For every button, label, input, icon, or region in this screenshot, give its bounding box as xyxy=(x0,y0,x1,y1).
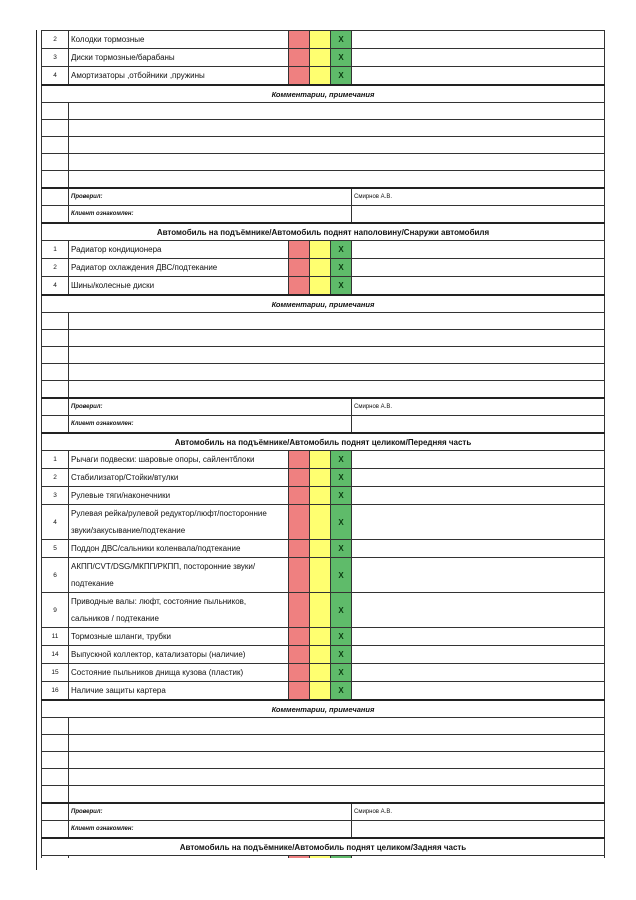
status-green-cell[interactable]: X xyxy=(331,646,352,664)
client-ack-row: Клиент ознакомлен: xyxy=(42,416,605,434)
item-note-cell[interactable] xyxy=(352,593,605,628)
item-note-cell[interactable] xyxy=(352,664,605,682)
status-green-cell[interactable]: X xyxy=(331,505,352,540)
comment-input[interactable] xyxy=(69,786,605,804)
section-title: Автомобиль на подъёмнике/Автомобиль подн… xyxy=(42,838,605,856)
status-green-cell[interactable]: X xyxy=(331,259,352,277)
client-ack-signature[interactable] xyxy=(352,206,605,224)
comment-input[interactable] xyxy=(69,769,605,786)
comment-number-cell xyxy=(42,786,69,804)
checklist-row: 4Амортизаторы ,отбойники ,пружиныX xyxy=(42,67,605,86)
status-green-cell[interactable]: X xyxy=(331,49,352,67)
comment-number-cell xyxy=(42,364,69,381)
status-green-cell[interactable]: X xyxy=(331,469,352,487)
checklist-row: 9Приводные валы: люфт, состояние пыльник… xyxy=(42,593,605,628)
checklist-row: 11Тормозные шланги, трубкиX xyxy=(42,628,605,646)
comment-line xyxy=(42,735,605,752)
comments-title: Комментарии, примечания xyxy=(42,295,605,313)
status-red-cell[interactable] xyxy=(289,49,310,67)
blank-cell xyxy=(42,416,69,434)
comment-line xyxy=(42,137,605,154)
status-red-cell[interactable] xyxy=(289,558,310,593)
item-note-cell[interactable] xyxy=(352,646,605,664)
status-red-cell[interactable] xyxy=(289,540,310,558)
item-number: 4 xyxy=(42,67,69,86)
comment-number-cell xyxy=(42,347,69,364)
comments-header-row: Комментарии, примечания xyxy=(42,85,605,103)
item-note-cell[interactable] xyxy=(352,49,605,67)
status-yellow-cell[interactable] xyxy=(310,540,331,558)
comment-number-cell xyxy=(42,381,69,399)
comment-line xyxy=(42,120,605,137)
comment-number-cell xyxy=(42,735,69,752)
status-yellow-cell[interactable] xyxy=(310,241,331,259)
item-note-cell[interactable] xyxy=(352,682,605,701)
item-number: 14 xyxy=(42,646,69,664)
comments-header-row: Комментарии, примечания xyxy=(42,295,605,313)
status-red-cell[interactable] xyxy=(289,469,310,487)
status-green-cell[interactable]: X xyxy=(331,487,352,505)
comment-number-cell xyxy=(42,103,69,120)
status-green-cell[interactable]: X xyxy=(331,540,352,558)
partial-cell xyxy=(352,856,605,859)
item-note-cell[interactable] xyxy=(352,259,605,277)
checklist-row: 2Колодки тормозныеX xyxy=(42,31,605,49)
item-number: 1 xyxy=(42,451,69,469)
status-red-cell[interactable] xyxy=(289,505,310,540)
checklist-row: 5Поддон ДВС/сальники коленвала/подтекани… xyxy=(42,540,605,558)
comment-line xyxy=(42,103,605,120)
status-green-cell[interactable]: X xyxy=(331,558,352,593)
comment-line xyxy=(42,769,605,786)
item-name: Тормозные шланги, трубки xyxy=(69,628,289,646)
checklist-row: 2Радиатор охлаждения ДВС/подтеканиеX xyxy=(42,259,605,277)
comment-number-cell xyxy=(42,171,69,189)
item-name: Рычаги подвески: шаровые опоры, сайлентб… xyxy=(69,451,289,469)
blank-cell xyxy=(42,398,69,416)
status-yellow-cell[interactable] xyxy=(310,682,331,701)
comments-title: Комментарии, примечания xyxy=(42,700,605,718)
status-yellow-cell[interactable] xyxy=(310,646,331,664)
status-red-cell[interactable] xyxy=(289,451,310,469)
status-yellow-cell[interactable] xyxy=(310,664,331,682)
status-yellow-cell[interactable] xyxy=(310,451,331,469)
comment-number-cell xyxy=(42,752,69,769)
checked-by-value[interactable]: Смирнов А.В. xyxy=(352,803,605,821)
checklist-row: 1Рычаги подвески: шаровые опоры, сайлент… xyxy=(42,451,605,469)
status-green-cell[interactable]: X xyxy=(331,664,352,682)
comment-input[interactable] xyxy=(69,347,605,364)
comment-line xyxy=(42,381,605,399)
checklist-row: 16Наличие защиты картераX xyxy=(42,682,605,701)
comment-input[interactable] xyxy=(69,313,605,330)
checklist-row: 4Рулевая рейка/рулевой редуктор/люфт/пос… xyxy=(42,505,605,540)
item-name: Выпускной коллектор, катализаторы (налич… xyxy=(69,646,289,664)
status-yellow-cell[interactable] xyxy=(310,593,331,628)
item-note-cell[interactable] xyxy=(352,469,605,487)
checklist-row: 14Выпускной коллектор, катализаторы (нал… xyxy=(42,646,605,664)
comment-number-cell xyxy=(42,120,69,137)
item-note-cell[interactable] xyxy=(352,31,605,49)
comment-input[interactable] xyxy=(69,752,605,769)
partial-cell xyxy=(289,856,310,859)
status-red-cell[interactable] xyxy=(289,259,310,277)
status-yellow-cell[interactable] xyxy=(310,67,331,86)
status-red-cell[interactable] xyxy=(289,241,310,259)
item-name: Радиатор охлаждения ДВС/подтекание xyxy=(69,259,289,277)
status-yellow-cell[interactable] xyxy=(310,558,331,593)
status-yellow-cell[interactable] xyxy=(310,277,331,296)
status-green-cell[interactable]: X xyxy=(331,241,352,259)
checklist-row-partial xyxy=(42,856,605,859)
comments-header-row: Комментарии, примечания xyxy=(42,700,605,718)
checked-by-label: Проверил: xyxy=(69,398,352,416)
checklist-row: 15Состояние пыльников днища кузова (плас… xyxy=(42,664,605,682)
status-green-cell[interactable]: X xyxy=(331,67,352,86)
comment-line xyxy=(42,330,605,347)
checked-by-row: Проверил:Смирнов А.В. xyxy=(42,803,605,821)
status-yellow-cell[interactable] xyxy=(310,487,331,505)
item-name: Радиатор кондиционера xyxy=(69,241,289,259)
section-title: Автомобиль на подъёмнике/Автомобиль подн… xyxy=(42,433,605,451)
comment-line xyxy=(42,752,605,769)
checklist-row: 3Диски тормозные/барабаныX xyxy=(42,49,605,67)
checked-by-label: Проверил: xyxy=(69,803,352,821)
status-yellow-cell[interactable] xyxy=(310,505,331,540)
item-number: 3 xyxy=(42,487,69,505)
status-yellow-cell[interactable] xyxy=(310,469,331,487)
item-name: Наличие защиты картера xyxy=(69,682,289,701)
item-number: 2 xyxy=(42,31,69,49)
status-green-cell[interactable]: X xyxy=(331,682,352,701)
item-number: 15 xyxy=(42,664,69,682)
comment-input[interactable] xyxy=(69,330,605,347)
item-note-cell[interactable] xyxy=(352,241,605,259)
item-name: Амортизаторы ,отбойники ,пружины xyxy=(69,67,289,86)
item-note-cell[interactable] xyxy=(352,558,605,593)
item-name: Рулевая рейка/рулевой редуктор/люфт/пост… xyxy=(69,505,289,540)
comment-line xyxy=(42,313,605,330)
item-number: 11 xyxy=(42,628,69,646)
blank-cell xyxy=(42,803,69,821)
comment-line xyxy=(42,154,605,171)
item-note-cell[interactable] xyxy=(352,487,605,505)
comment-input[interactable] xyxy=(69,120,605,137)
partial-cell xyxy=(42,856,69,859)
comments-title: Комментарии, примечания xyxy=(42,85,605,103)
item-number: 4 xyxy=(42,505,69,540)
section-header-row: Автомобиль на подъёмнике/Автомобиль подн… xyxy=(42,838,605,856)
status-red-cell[interactable] xyxy=(289,31,310,49)
checklist-row: 3Рулевые тяги/наконечникиX xyxy=(42,487,605,505)
checklist-row: 2Стабилизатор/Стойки/втулкиX xyxy=(42,469,605,487)
comment-line xyxy=(42,718,605,735)
comment-input[interactable] xyxy=(69,381,605,399)
comment-input[interactable] xyxy=(69,171,605,189)
client-ack-signature[interactable] xyxy=(352,416,605,434)
item-number: 16 xyxy=(42,682,69,701)
item-number: 1 xyxy=(42,241,69,259)
checklist-row: 1Радиатор кондиционераX xyxy=(42,241,605,259)
comment-number-cell xyxy=(42,154,69,171)
comment-number-cell xyxy=(42,313,69,330)
section-title: Автомобиль на подъёмнике/Автомобиль подн… xyxy=(42,223,605,241)
item-name: Поддон ДВС/сальники коленвала/подтекание xyxy=(69,540,289,558)
status-green-cell[interactable]: X xyxy=(331,277,352,296)
inspection-table: 2Колодки тормозныеX3Диски тормозные/бара… xyxy=(41,30,605,858)
item-number: 3 xyxy=(42,49,69,67)
checked-by-row: Проверил:Смирнов А.В. xyxy=(42,188,605,206)
checklist-row: 4Шины/колесные дискиX xyxy=(42,277,605,296)
status-yellow-cell[interactable] xyxy=(310,31,331,49)
item-note-cell[interactable] xyxy=(352,628,605,646)
status-red-cell[interactable] xyxy=(289,277,310,296)
comment-input[interactable] xyxy=(69,154,605,171)
item-note-cell[interactable] xyxy=(352,451,605,469)
comment-line xyxy=(42,171,605,189)
status-green-cell[interactable]: X xyxy=(331,593,352,628)
blank-cell xyxy=(42,188,69,206)
item-number: 5 xyxy=(42,540,69,558)
item-note-cell[interactable] xyxy=(352,505,605,540)
item-name: Диски тормозные/барабаны xyxy=(69,49,289,67)
item-number: 9 xyxy=(42,593,69,628)
status-green-cell[interactable]: X xyxy=(331,31,352,49)
section-header-row: Автомобиль на подъёмнике/Автомобиль подн… xyxy=(42,433,605,451)
status-red-cell[interactable] xyxy=(289,67,310,86)
comment-number-cell xyxy=(42,718,69,735)
inspection-sheet: 2Колодки тормозныеX3Диски тормозные/бара… xyxy=(41,30,605,858)
status-yellow-cell[interactable] xyxy=(310,628,331,646)
comment-number-cell xyxy=(42,769,69,786)
comment-line xyxy=(42,364,605,381)
item-note-cell[interactable] xyxy=(352,67,605,86)
status-yellow-cell[interactable] xyxy=(310,49,331,67)
item-name: Состояние пыльников днища кузова (пласти… xyxy=(69,664,289,682)
item-name: Рулевые тяги/наконечники xyxy=(69,487,289,505)
item-name: АКПП/CVT/DSG/МКПП/РКПП, посторонние звук… xyxy=(69,558,289,593)
status-yellow-cell[interactable] xyxy=(310,259,331,277)
comment-input[interactable] xyxy=(69,735,605,752)
comment-line xyxy=(42,786,605,804)
checked-by-value[interactable]: Смирнов А.В. xyxy=(352,398,605,416)
checked-by-value[interactable]: Смирнов А.В. xyxy=(352,188,605,206)
status-red-cell[interactable] xyxy=(289,664,310,682)
comment-input[interactable] xyxy=(69,364,605,381)
item-note-cell[interactable] xyxy=(352,540,605,558)
client-ack-label: Клиент ознакомлен: xyxy=(69,416,352,434)
blank-cell xyxy=(42,821,69,839)
status-red-cell[interactable] xyxy=(289,628,310,646)
item-number: 2 xyxy=(42,259,69,277)
item-number: 2 xyxy=(42,469,69,487)
checked-by-label: Проверил: xyxy=(69,188,352,206)
checklist-row: 6АКПП/CVT/DSG/МКПП/РКПП, посторонние зву… xyxy=(42,558,605,593)
section-header-row: Автомобиль на подъёмнике/Автомобиль подн… xyxy=(42,223,605,241)
comment-input[interactable] xyxy=(69,103,605,120)
status-red-cell[interactable] xyxy=(289,682,310,701)
status-green-cell[interactable]: X xyxy=(331,451,352,469)
page-left-border xyxy=(36,30,37,870)
partial-cell xyxy=(310,856,331,859)
checked-by-row: Проверил:Смирнов А.В. xyxy=(42,398,605,416)
item-number: 6 xyxy=(42,558,69,593)
status-red-cell[interactable] xyxy=(289,593,310,628)
partial-cell xyxy=(331,856,352,859)
item-note-cell[interactable] xyxy=(352,277,605,296)
item-name: Колодки тормозные xyxy=(69,31,289,49)
comment-input[interactable] xyxy=(69,718,605,735)
item-name: Приводные валы: люфт, состояние пыльнико… xyxy=(69,593,289,628)
comment-line xyxy=(42,347,605,364)
client-ack-row: Клиент ознакомлен: xyxy=(42,821,605,839)
comment-number-cell xyxy=(42,137,69,154)
comment-number-cell xyxy=(42,330,69,347)
status-red-cell[interactable] xyxy=(289,487,310,505)
comment-input[interactable] xyxy=(69,137,605,154)
item-name: Шины/колесные диски xyxy=(69,277,289,296)
item-number: 4 xyxy=(42,277,69,296)
client-ack-label: Клиент ознакомлен: xyxy=(69,821,352,839)
client-ack-signature[interactable] xyxy=(352,821,605,839)
status-red-cell[interactable] xyxy=(289,646,310,664)
status-green-cell[interactable]: X xyxy=(331,628,352,646)
item-name: Стабилизатор/Стойки/втулки xyxy=(69,469,289,487)
client-ack-label: Клиент ознакомлен: xyxy=(69,206,352,224)
partial-cell xyxy=(69,856,289,859)
client-ack-row: Клиент ознакомлен: xyxy=(42,206,605,224)
blank-cell xyxy=(42,206,69,224)
